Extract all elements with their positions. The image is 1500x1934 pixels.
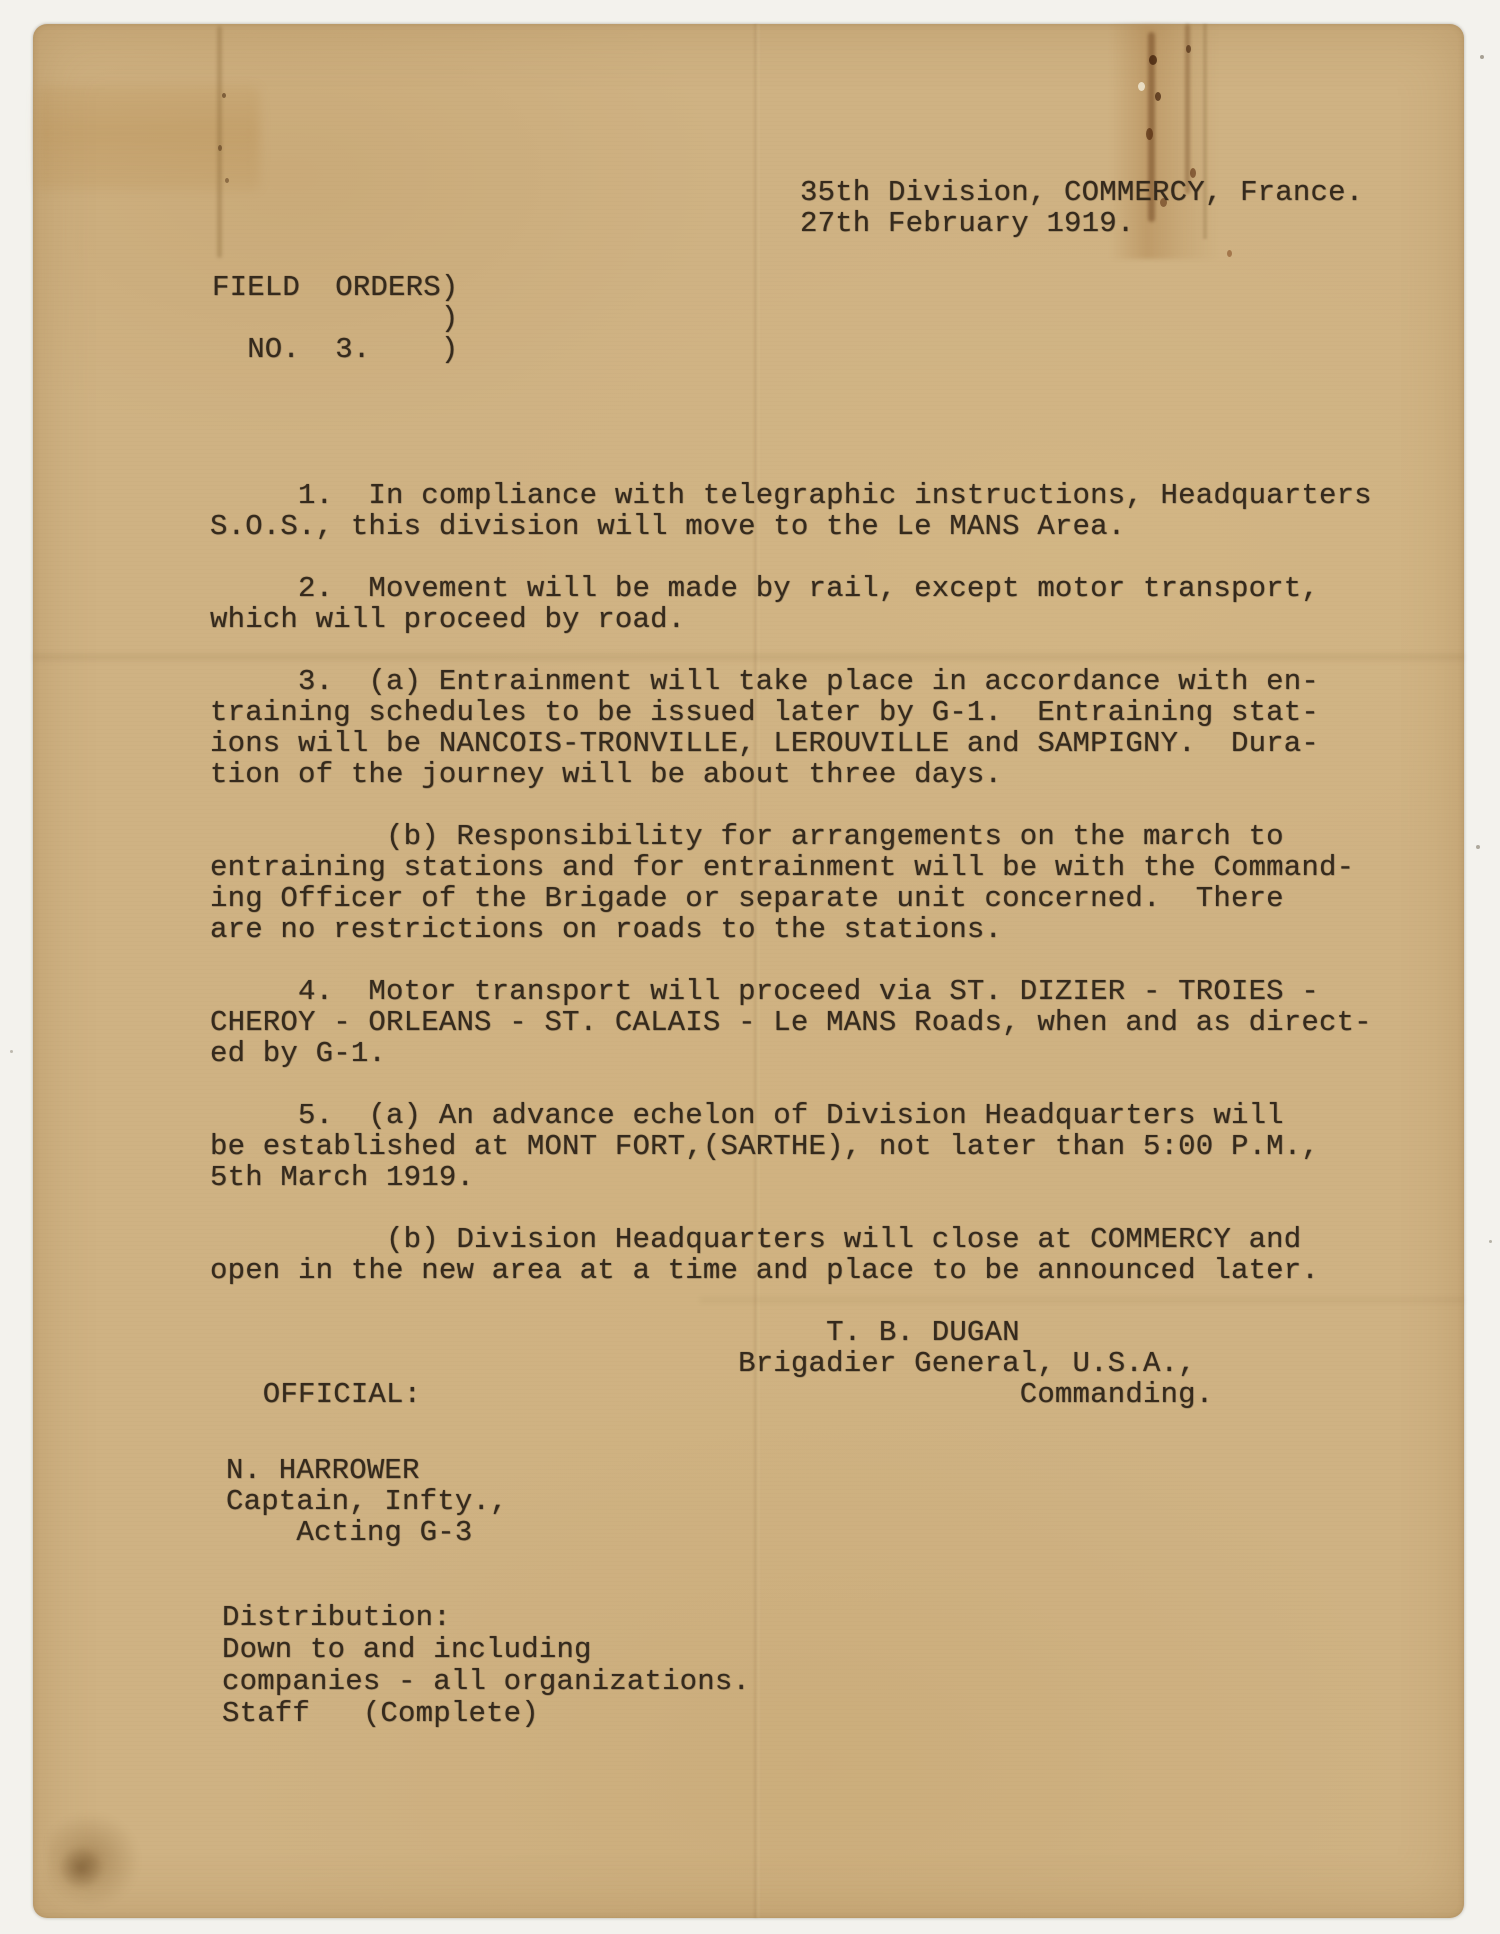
field-orders-label: FIELD ORDERS) ) NO. 3. ) — [212, 272, 458, 365]
scan-dust — [1476, 845, 1480, 849]
official-signer-block: N. HARROWERCaptain, Infty., Acting G-3 — [226, 1455, 508, 1548]
text-line: ing Officer of the Brigade or separate u… — [210, 883, 1354, 914]
text-line: training schedules to be issued later by… — [210, 697, 1319, 728]
text-line: ) — [212, 303, 458, 334]
text-line: Down to and including — [222, 1634, 750, 1666]
text-line: 5. (a) An advance echelon of Division He… — [210, 1100, 1319, 1131]
text-line: companies - all organizations. — [222, 1666, 750, 1698]
paragraph-1: 1. In compliance with telegraphic instru… — [210, 480, 1372, 542]
text-line: Acting G-3 — [226, 1517, 508, 1548]
heading-location-line: 35th Division, COMMERCY, France. — [800, 177, 1363, 208]
text-line: (b) Division Headquarters will close at … — [210, 1224, 1319, 1255]
paragraph-3b: (b) Responsibility for arrangements on t… — [210, 821, 1354, 945]
text-line: 3. (a) Entrainment will take place in ac… — [210, 666, 1319, 697]
scan-dust — [1489, 1240, 1492, 1243]
text-line: 4. Motor transport will proceed via ST. … — [210, 976, 1372, 1007]
text-line: S.O.S., this division will move to the L… — [210, 511, 1372, 542]
text-line: Brigadier General, U.S.A., — [210, 1348, 1213, 1379]
text-line: 1. In compliance with telegraphic instru… — [210, 480, 1372, 511]
text-line: 2. Movement will be made by rail, except… — [210, 573, 1319, 604]
text-line: T. B. DUGAN — [210, 1317, 1213, 1348]
text-line: OFFICIAL: Commanding. — [210, 1379, 1213, 1410]
text-line: Captain, Infty., — [226, 1486, 508, 1517]
text-line: Staff (Complete) — [222, 1698, 750, 1730]
paragraph-5b: (b) Division Headquarters will close at … — [210, 1224, 1319, 1286]
text-line: 5th March 1919. — [210, 1162, 1319, 1193]
text-line: (b) Responsibility for arrangements on t… — [210, 821, 1354, 852]
scan-dust — [10, 1050, 13, 1053]
text-line: entraining stations and for entrainment … — [210, 852, 1354, 883]
scanned-document-page: { "colors": { "paper": "#cfb283", "ink":… — [0, 0, 1500, 1934]
text-line: ed by G-1. — [210, 1038, 1372, 1069]
paragraph-4: 4. Motor transport will proceed via ST. … — [210, 976, 1372, 1069]
text-line: Distribution: — [222, 1602, 750, 1634]
text-line: CHEROY - ORLEANS - ST. CALAIS - Le MANS … — [210, 1007, 1372, 1038]
paragraph-2: 2. Movement will be made by rail, except… — [210, 573, 1319, 635]
heading-block: 35th Division, COMMERCY, France. 27th Fe… — [800, 177, 1363, 239]
text-line: NO. 3. ) — [212, 334, 458, 365]
text-line: be established at MONT FORT,(SARTHE), no… — [210, 1131, 1319, 1162]
text-line: open in the new area at a time and place… — [210, 1255, 1319, 1286]
signature-block: T. B. DUGAN Brigadier General, U.S.A., O… — [210, 1317, 1213, 1410]
heading-date-line: 27th February 1919. — [800, 208, 1363, 239]
paragraph-5a: 5. (a) An advance echelon of Division He… — [210, 1100, 1319, 1193]
text-line: FIELD ORDERS) — [212, 272, 458, 303]
paragraph-3a: 3. (a) Entrainment will take place in ac… — [210, 666, 1319, 790]
text-line: N. HARROWER — [226, 1455, 508, 1486]
scan-dust — [1480, 55, 1484, 59]
distribution-block: Distribution:Down to and includingcompan… — [222, 1602, 750, 1730]
text-line: are no restrictions on roads to the stat… — [210, 914, 1354, 945]
text-line: tion of the journey will be about three … — [210, 759, 1319, 790]
text-line: ions will be NANCOIS-TRONVILLE, LEROUVIL… — [210, 728, 1319, 759]
text-line: which will proceed by road. — [210, 604, 1319, 635]
